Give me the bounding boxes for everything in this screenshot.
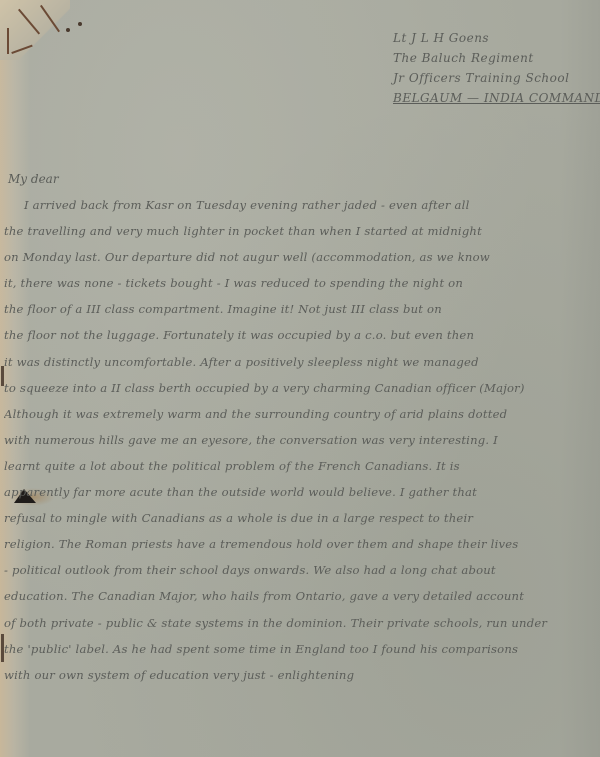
body-line: the 'public' label. As he had spent some… [4, 636, 594, 662]
body-line: - political outlook from their school da… [4, 557, 594, 583]
corner-pen-mark [7, 28, 9, 54]
sender-address: Lt J L H Goens The Baluch Regiment Jr Of… [393, 28, 600, 108]
body-line: education. The Canadian Major, who hails… [4, 583, 594, 609]
body-line: learnt quite a lot about the political p… [4, 453, 594, 479]
body-line: refusal to mingle with Canadians as a wh… [4, 505, 594, 531]
body-line: religion. The Roman priests have a treme… [4, 531, 594, 557]
body-line: the floor not the luggage. Fortunately i… [4, 322, 594, 348]
body-line: to squeeze into a II class berth occupie… [4, 375, 594, 401]
body-line: it, there was none - tickets bought - I … [4, 270, 594, 296]
body-line: with numerous hills gave me an eyesore, … [4, 427, 594, 453]
body-line: the travelling and very much lighter in … [4, 218, 594, 244]
body-line: the floor of a III class compartment. Im… [4, 296, 594, 322]
body-line: I arrived back from Kasr on Tuesday even… [4, 192, 594, 218]
body-line: of both private - public & state systems… [4, 610, 594, 636]
body-line: it was distinctly uncomfortable. After a… [4, 349, 594, 375]
address-line: Jr Officers Training School [393, 68, 600, 88]
ink-dot [78, 22, 82, 26]
address-line: The Baluch Regiment [393, 48, 600, 68]
ink-dot [66, 28, 70, 32]
address-line: Lt J L H Goens [393, 28, 600, 48]
body-line: with our own system of education very ju… [4, 662, 594, 688]
letter-body: I arrived back from Kasr on Tuesday even… [4, 192, 594, 688]
body-line: apparently far more acute than the outsi… [4, 479, 594, 505]
body-line: Although it was extremely warm and the s… [4, 401, 594, 427]
address-line: BELGAUM — INDIA COMMAND [393, 88, 600, 108]
body-line: on Monday last. Our departure did not au… [4, 244, 594, 270]
letter-page: Lt J L H Goens The Baluch Regiment Jr Of… [0, 0, 600, 757]
salutation: My dear [8, 172, 59, 186]
